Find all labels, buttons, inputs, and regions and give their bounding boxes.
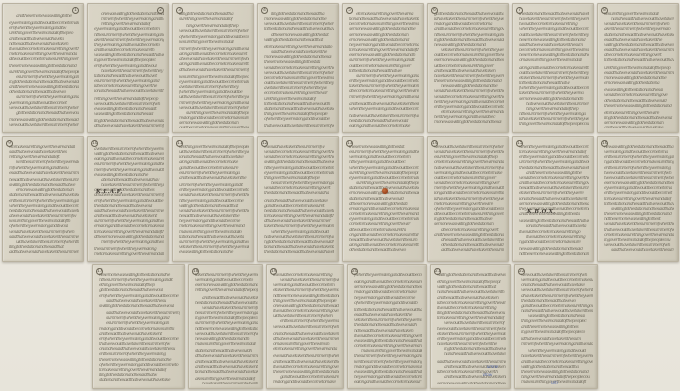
letter-page: 22 we would have taken the summer of whw… bbox=[514, 264, 598, 389]
letter-page: 13 the semone was willing to the state s… bbox=[342, 136, 424, 262]
handwriting-text: ne was willing to the station and he sai… bbox=[604, 145, 674, 257]
letter-page: 18 taken the summer of when they were al… bbox=[188, 264, 263, 389]
handwriting-text: g to the station and he said that we wou… bbox=[434, 12, 504, 128]
handwriting-text: and the semone was willing to the ey wer… bbox=[9, 12, 79, 128]
letter-page: 1 and the semone was willing to the ey w… bbox=[2, 3, 84, 133]
letter-page: 11 ure thing over the wire and all of th… bbox=[172, 136, 254, 262]
page-row-top: 1 and the semone was willing to the ey w… bbox=[2, 3, 679, 133]
letter-page: 10 ave taken the summer of when they wer… bbox=[87, 136, 169, 262]
letter-page: 7 the station and he said that we would … bbox=[512, 3, 594, 133]
retraced-call-letters: K.B.O.X, bbox=[527, 209, 556, 215]
letter-page: 4 lling to the station and he said thamo… bbox=[257, 3, 339, 133]
letter-page: 5 e to make sure thing over the wire ati… bbox=[342, 3, 424, 133]
letter-page: 20 f when they were along and it would b… bbox=[347, 264, 427, 389]
handwriting-text: ave taken the summer of when they were a… bbox=[94, 145, 164, 257]
handwriting-text: one was willing to the station and he sa… bbox=[94, 12, 164, 128]
handwriting-text: lling to the station and he said thamone… bbox=[264, 12, 334, 128]
blue-ink-annotation: vmw bbox=[482, 373, 492, 378]
letter-page: 3 illing to the station and he said thas… bbox=[172, 3, 254, 133]
letter-page: 6 g to the station and he said that we w… bbox=[427, 3, 509, 133]
handwriting-text: the station and he said that we would ha… bbox=[519, 12, 589, 128]
handwriting-text: f when they were along and it would beco… bbox=[354, 273, 422, 384]
letter-page: 16 ne was willing to the station and he … bbox=[597, 136, 679, 262]
blue-ink-annotation: um bbox=[551, 381, 558, 386]
retraced-call-letters: K.L.A.F. bbox=[96, 189, 123, 195]
page-row-middle: 9 e to make sure thing over the wire and… bbox=[2, 136, 679, 262]
letter-page: 14 we would have taken the summer of whe… bbox=[427, 136, 509, 262]
handwriting-text: e to make sure thing over the wire ation… bbox=[349, 12, 419, 128]
letter-page: 9 e to make sure thing over the wire and… bbox=[2, 136, 84, 262]
handwriting-text: ke sure thing over the wire and all n an… bbox=[604, 12, 674, 128]
handwriting-text: ure thing over the wire and all of the p… bbox=[179, 145, 249, 257]
letter-page: 19 it would become to make sure thing wo… bbox=[266, 264, 344, 389]
handwriting-text: he semone was willing to the station and… bbox=[99, 273, 180, 384]
handwriting-text: e would have taken the summer of wwould … bbox=[264, 145, 334, 257]
letter-scan-canvas: 1 and the semone was willing to the ey w… bbox=[0, 0, 680, 391]
letter-page: 12 e would have taken the summer of wwou… bbox=[257, 136, 339, 262]
handwriting-text: illing to the station and he said thasur… bbox=[179, 12, 249, 128]
letter-page: 15 when they were along and it would bec… bbox=[512, 136, 594, 262]
handwriting-text: when they were along and it would becom … bbox=[519, 145, 589, 257]
letter-page: 17 he semone was willing to the station … bbox=[92, 264, 185, 389]
handwriting-text: taken the summer of when they were along… bbox=[195, 273, 258, 384]
blue-ink-annotation: umne bbox=[487, 365, 498, 370]
letter-page: 21 willing to the station and he said th… bbox=[430, 264, 511, 389]
handwriting-text: we would have taken the summer of when t… bbox=[434, 145, 504, 257]
handwriting-text: it would become to make sure thing would… bbox=[273, 273, 339, 384]
letter-page: 8 ke sure thing over the wire and all n … bbox=[597, 3, 679, 133]
page-row-bottom: 17 he semone was willing to the station … bbox=[92, 264, 598, 389]
letter-page: 2 one was willing to the station and he … bbox=[87, 3, 169, 133]
handwriting-text: e to make sure thing over the wire and a… bbox=[9, 145, 79, 257]
handwriting-text: we would have taken the summer of whwere… bbox=[521, 273, 593, 384]
handwriting-text: the semone was willing to the state summ… bbox=[349, 145, 419, 257]
wax-seal-spot bbox=[382, 188, 388, 194]
